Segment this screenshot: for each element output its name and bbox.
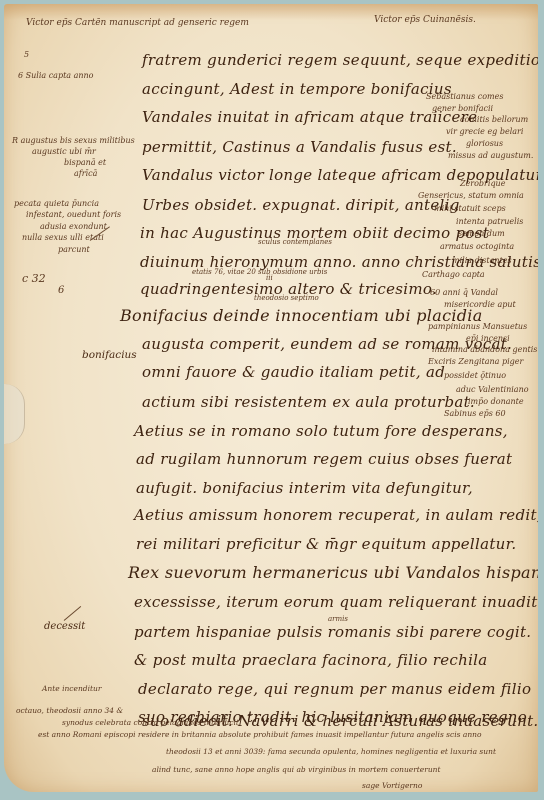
text-line-12: omni fauore & gaudio italiam petit, ad bbox=[142, 363, 445, 381]
text-line-20: excessisse, iterum eorum quam reliqueran… bbox=[134, 593, 538, 611]
text-line-6: Urbes obsidet. expugnat. diripit, anteli… bbox=[142, 196, 460, 214]
manuscript-page: Victor ep̄s Cartēn manuscript ad genseri… bbox=[4, 4, 538, 792]
text-line-1: fratrem gunderici regem sequunt, seque e… bbox=[142, 51, 538, 69]
footer-line-2: theodosii 13 et anni 3039: fama secunda … bbox=[166, 747, 496, 756]
text-line-16: aufugit. bonifacius interim vita defungi… bbox=[136, 479, 473, 497]
margin-note-augustus-3: bispanā et bbox=[64, 158, 106, 168]
running-header-right: Victor ep̄s Cuinanēsis. bbox=[374, 15, 476, 25]
margin-note-gensericus-6: armatus octoginta bbox=[440, 242, 514, 252]
footer-line-4: sage Vortigerno bbox=[362, 781, 422, 790]
text-line-15: ad rugilam hunnorum regem cuius obses fu… bbox=[136, 450, 512, 468]
margin-note-pampinianus-7: imp̄o donante bbox=[468, 397, 524, 407]
text-line-13: actium sibi resistentem ex aula proturba… bbox=[142, 393, 475, 411]
page-crease bbox=[4, 384, 25, 444]
margin-note-pampinianus-5: possidet ǭtinuo bbox=[444, 371, 506, 381]
margin-note-pecata-3: adusia exondunt bbox=[40, 222, 107, 232]
interlinear-gloss-5: armis bbox=[328, 615, 348, 623]
running-header-left: Victor ep̄s Cartēn manuscript ad genseri… bbox=[26, 18, 249, 28]
text-line-4: permittit, Castinus a Vandalis fusus est… bbox=[142, 138, 457, 156]
folio-reference: c 32 bbox=[22, 272, 46, 285]
text-line-17: Aetius amissum honorem recuperat, in aul… bbox=[134, 506, 538, 524]
margin-note-pecata-5: parcunt bbox=[58, 245, 90, 255]
margin-note-sebastianus-4: vir grecie eg belari bbox=[446, 127, 523, 137]
text-line-5: Vandalus victor longe lateque africam de… bbox=[142, 166, 538, 184]
footer-note-left-2: octauo, theodosii anno 34 & bbox=[16, 706, 123, 715]
footer-note-left-1: Ante incenditur bbox=[42, 684, 101, 693]
text-line-3: Vandales inuitat in africam atque traiic… bbox=[142, 108, 477, 126]
margin-note-sebastianus-5: gloriosus bbox=[466, 139, 503, 149]
margin-note-decessit: decessit bbox=[44, 621, 85, 632]
margin-note-sulia: 6 Sulia capta anno bbox=[18, 71, 93, 81]
margin-note-bonifacius: bonifacius bbox=[82, 349, 137, 361]
margin-note-pecata-2: infestant, ouedunt foris bbox=[26, 210, 121, 220]
margin-mark-5: 5 bbox=[24, 50, 29, 60]
text-line-11: augusta comperit, eundem ad se romam voc… bbox=[142, 335, 512, 353]
text-line-10: Bonifacius deinde innocentiam ubi placid… bbox=[120, 306, 483, 325]
margin-note-60-anni: 60 anni q̄ Vandal bbox=[430, 288, 498, 298]
interlinear-gloss-1: sculus contemplanes bbox=[258, 238, 332, 246]
interlinear-gloss-2: etatis 76, vitae 20 sub obsidione urbis bbox=[192, 268, 327, 276]
folio-reference-sub: 6 bbox=[58, 285, 64, 296]
footer-note-left-3: synodus celebrata contra pelagianos inte… bbox=[62, 718, 239, 727]
margin-note-augustus-1: R augustus bis sexus militibus bbox=[12, 136, 135, 146]
text-line-23: declarato rege, qui regnum per manus eid… bbox=[138, 680, 531, 698]
margin-note-augustus-2: augustic ubi m̄r bbox=[32, 147, 96, 157]
margin-mark-stroke bbox=[64, 606, 81, 621]
footer-line-1: est anno Romani episcopi residere in bri… bbox=[38, 730, 482, 739]
interlinear-gloss-4: theodosio septimo bbox=[254, 294, 319, 302]
margin-note-augustus-4: afrīcā bbox=[74, 169, 97, 179]
text-line-21: partem hispaniae pulsis romanis sibi par… bbox=[134, 623, 531, 641]
margin-note-carthago: Carthago capta bbox=[422, 270, 485, 280]
footer-line-3: alind tunc, sane anno hope anglis qui ab… bbox=[152, 765, 441, 774]
margin-note-pecata-1: pecata quieta p̄uncia bbox=[14, 199, 99, 209]
text-line-19: Rex suevorum hermanericus ubi Vandalos h… bbox=[128, 563, 538, 582]
margin-note-sebastianus-6: missus ad augustum. bbox=[448, 151, 533, 161]
text-line-2: accingunt, Adest in tempore bonifacius bbox=[142, 80, 452, 98]
text-line-22: & post multa praeclara facinora, filio r… bbox=[134, 651, 488, 669]
text-line-18: rei militari preficitur & m̄gr equitum a… bbox=[136, 535, 517, 553]
text-line-14: Aetius se in romano solo tutum fore desp… bbox=[134, 422, 508, 440]
